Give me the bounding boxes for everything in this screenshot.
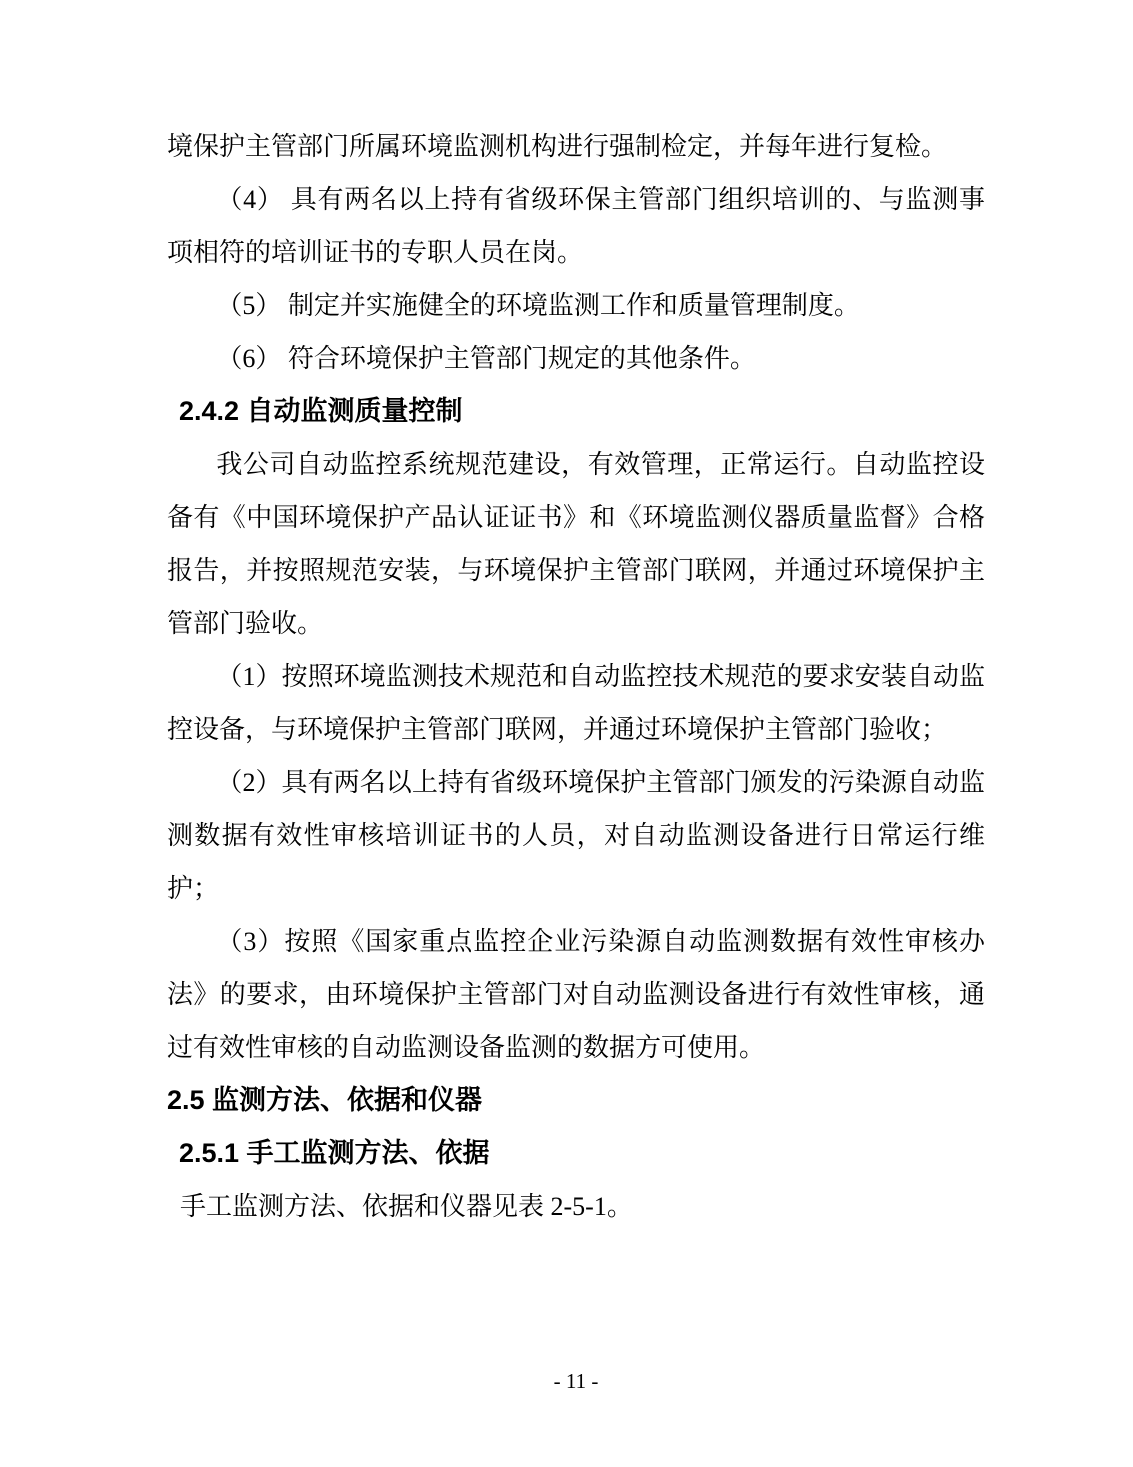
paragraph: （2）具有两名以上持有省级环境保护主管部门颁发的污染源自动监测数据有效性审核培训…: [167, 756, 985, 915]
document-body: 境保护主管部门所属环境监测机构进行强制检定，并每年进行复检。（4） 具有两名以上…: [167, 120, 985, 1233]
document-page: 境保护主管部门所属环境监测机构进行强制检定，并每年进行复检。（4） 具有两名以上…: [0, 0, 1133, 1467]
paragraph: 境保护主管部门所属环境监测机构进行强制检定，并每年进行复检。: [167, 120, 985, 173]
paragraph: （6） 符合环境保护主管部门规定的其他条件。: [167, 332, 985, 385]
section-heading: 2.4.2 自动监测质量控制: [179, 385, 985, 438]
paragraph: 手工监测方法、依据和仪器见表 2-5-1。: [180, 1180, 985, 1233]
page-number: - 11 -: [167, 1368, 985, 1394]
paragraph: 我公司自动监控系统规范建设，有效管理，正常运行。自动监控设备有《中国环境保护产品…: [167, 438, 985, 650]
paragraph: （5） 制定并实施健全的环境监测工作和质量管理制度。: [167, 279, 985, 332]
paragraph: （4） 具有两名以上持有省级环保主管部门组织培训的、与监测事项相符的培训证书的专…: [167, 173, 985, 279]
section-heading: 2.5 监测方法、依据和仪器: [167, 1074, 985, 1127]
section-heading: 2.5.1 手工监测方法、依据: [179, 1127, 985, 1180]
paragraph: （3）按照《国家重点监控企业污染源自动监测数据有效性审核办法》的要求，由环境保护…: [167, 915, 985, 1074]
paragraph: （1）按照环境监测技术规范和自动监控技术规范的要求安装自动监控设备，与环境保护主…: [167, 650, 985, 756]
